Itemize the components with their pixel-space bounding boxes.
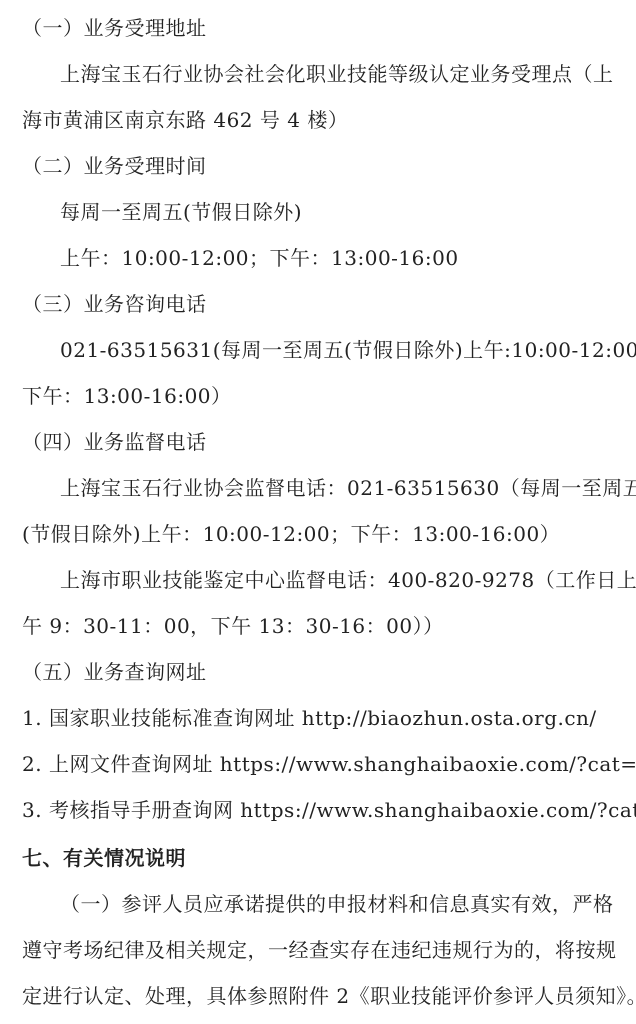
paragraph-line: （一）参评人员应承诺提供的申报材料和信息真实有效，严格 xyxy=(60,891,614,917)
paragraph-line: 海市黄浦区南京东路 462 号 4 楼） xyxy=(22,107,348,133)
url-list-item: 3. 考核指导手册查询网 https://www.shanghaibaoxie.… xyxy=(22,797,636,823)
paragraph-line: 上海市职业技能鉴定中心监督电话：400-820-9278（工作日上 xyxy=(60,567,636,593)
paragraph-line: 遵守考场纪律及相关规定，一经查实存在违纪违规行为的，将按规 xyxy=(22,937,617,963)
url-list-item: 1. 国家职业技能标准查询网址 http://biaozhun.osta.org… xyxy=(22,705,597,731)
paragraph-line: 021-63515631(每周一至周五(节假日除外)上午:10:00-12:00… xyxy=(60,337,636,363)
section-heading-consult-phone: （三）业务咨询电话 xyxy=(22,291,207,317)
section-heading-hours: （二）业务受理时间 xyxy=(22,153,207,179)
paragraph-line: 上午：10:00-12:00；下午：13:00-16:00 xyxy=(60,245,459,271)
url-list-item: 2. 上网文件查询网址 https://www.shanghaibaoxie.c… xyxy=(22,751,636,777)
paragraph-line: 每周一至周五(节假日除外) xyxy=(60,199,302,225)
section-heading-supervision-phone: （四）业务监督电话 xyxy=(22,429,207,455)
paragraph-line: (节假日除外)上午：10:00-12:00；下午：13:00-16:00） xyxy=(22,521,560,547)
paragraph-line: 上海宝玉石行业协会监督电话：021-63515630（每周一至周五 xyxy=(60,475,636,501)
paragraph-line: 定进行认定、处理，具体参照附件 2《职业技能评价参评人员须知》。 xyxy=(22,983,636,1009)
section-heading-address: （一）业务受理地址 xyxy=(22,15,207,41)
paragraph-line: 上海宝玉石行业协会社会化职业技能等级认定业务受理点（上 xyxy=(60,61,614,87)
section-heading-notes: 七、有关情况说明 xyxy=(22,845,186,871)
paragraph-line: 午 9：30-11：00，下午 13：30-16：00）） xyxy=(22,613,444,639)
paragraph-line: 下午：13:00-16:00） xyxy=(22,383,232,409)
section-heading-query-urls: （五）业务查询网址 xyxy=(22,659,207,685)
